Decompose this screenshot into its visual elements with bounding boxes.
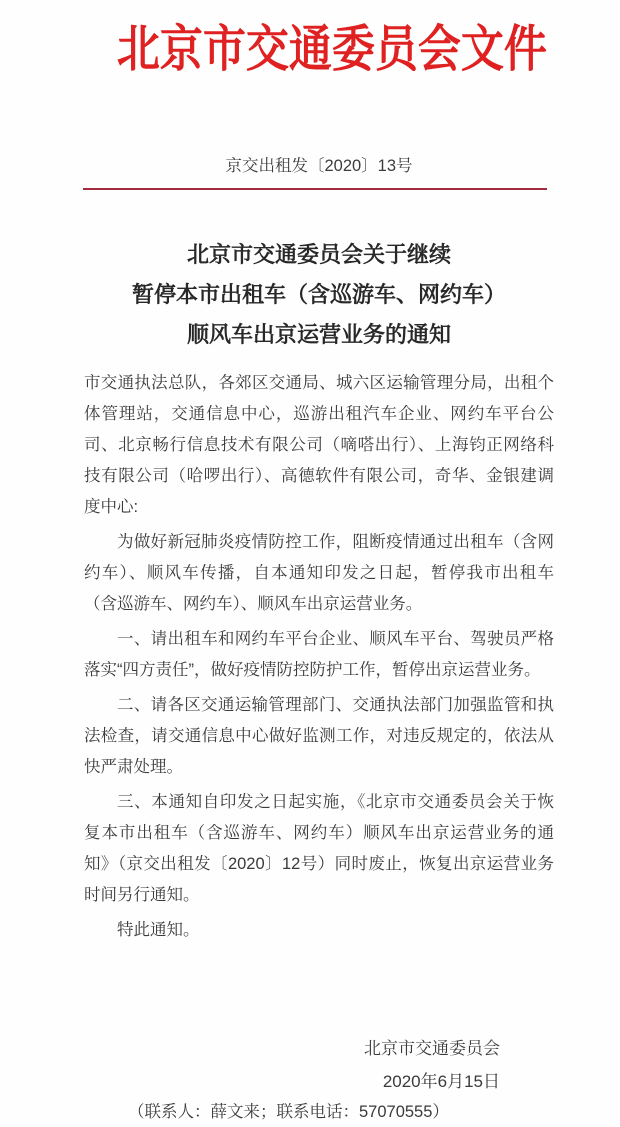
notice-body: 市交通执法总队，各郊区交通局、城六区运输管理分局，出租个体管理站，交通信息中心，… (84, 368, 554, 946)
document-number: 京交出租发〔2020〕13号 (84, 154, 554, 178)
contact-line: （联系人：薛文来；联系电话：57070555） (84, 1100, 554, 1124)
paragraph-item-2: 二、请各区交通运输管理部门、交通执法部门加强监管和执法检查，请交通信息中心做好监… (84, 690, 554, 783)
signature-block: 北京市交通委员会 2020年6月15日 (84, 1032, 554, 1098)
paragraph-item-3: 三、本通知自印发之日起实施，《北京市交通委员会关于恢复本市出租车（含巡游车、网约… (84, 787, 554, 911)
notice-title-line-2: 暂停本市出租车（含巡游车、网约车） (84, 275, 554, 315)
signature-org: 北京市交通委员会 (84, 1032, 500, 1065)
paragraph-recipients: 市交通执法总队，各郊区交通局、城六区运输管理分局，出租个体管理站，交通信息中心，… (84, 368, 554, 523)
notice-title-line-1: 北京市交通委员会关于继续 (84, 235, 554, 275)
letterhead-title: 北京市交通委员会文件 (117, 18, 521, 80)
signature-date: 2020年6月15日 (84, 1065, 500, 1098)
paragraph-closing: 特此通知。 (84, 915, 554, 946)
notice-title-line-3: 顺风车出京运营业务的通知 (84, 315, 554, 355)
paragraph-intro: 为做好新冠肺炎疫情防控工作，阻断疫情通过出租车（含网约车）、顺风车传播，自本通知… (84, 527, 554, 620)
notice-title: 北京市交通委员会关于继续 暂停本市出租车（含巡游车、网约车） 顺风车出京运营业务… (84, 235, 554, 355)
document-page: 北京市交通委员会文件 京交出租发〔2020〕13号 北京市交通委员会关于继续 暂… (0, 0, 620, 1127)
paragraph-item-1: 一、请出租车和网约车平台企业、顺风车平台、驾驶员严格落实“四方责任”，做好疫情防… (84, 624, 554, 686)
red-divider-line (83, 188, 547, 190)
